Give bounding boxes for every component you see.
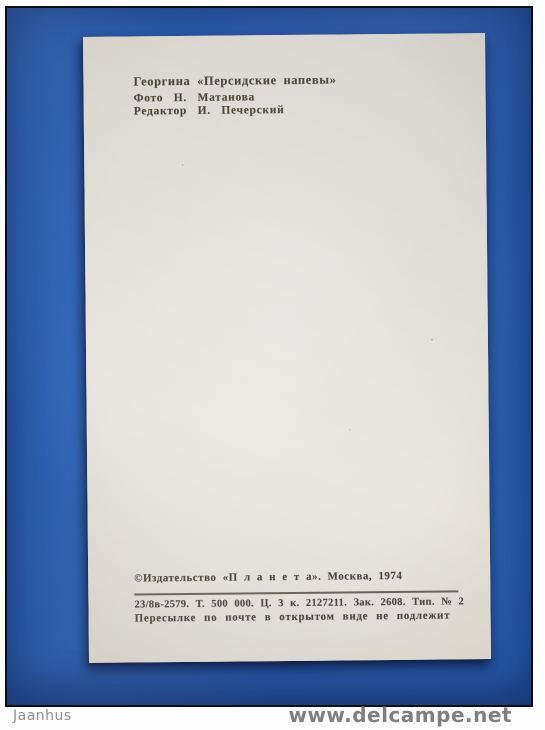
paper-speck xyxy=(431,339,433,341)
postcard-title: Георгина «Персидские напевы» xyxy=(133,73,336,90)
publisher-line: ©Издательство «П л а н е т а». Москва, 1… xyxy=(134,570,402,585)
seller-watermark: Jaanhus xyxy=(13,708,72,724)
paper-speck xyxy=(182,164,183,166)
delcampe-watermark: www.delcampe.net xyxy=(288,703,512,727)
print-imprint-line: 23/8в-2579. Т. 500 000. Ц. 3 к. 2127211.… xyxy=(134,596,464,610)
photo-blue-backdrop: Георгина «Персидские напевы» Фото Н. Мат… xyxy=(5,6,533,707)
postal-notice-line: Пересылке по почте в открытом виде не по… xyxy=(135,609,451,624)
paper-speck xyxy=(349,429,351,430)
photo-credit-line: Фото Н. Матанова xyxy=(134,91,256,104)
postcard-back: Георгина «Персидские напевы» Фото Н. Мат… xyxy=(83,33,491,663)
imprint-divider-rule xyxy=(134,590,458,595)
editor-credit-line: Редактор И. Печерский xyxy=(134,104,285,117)
scan-page: Георгина «Персидские напевы» Фото Н. Мат… xyxy=(0,0,545,730)
